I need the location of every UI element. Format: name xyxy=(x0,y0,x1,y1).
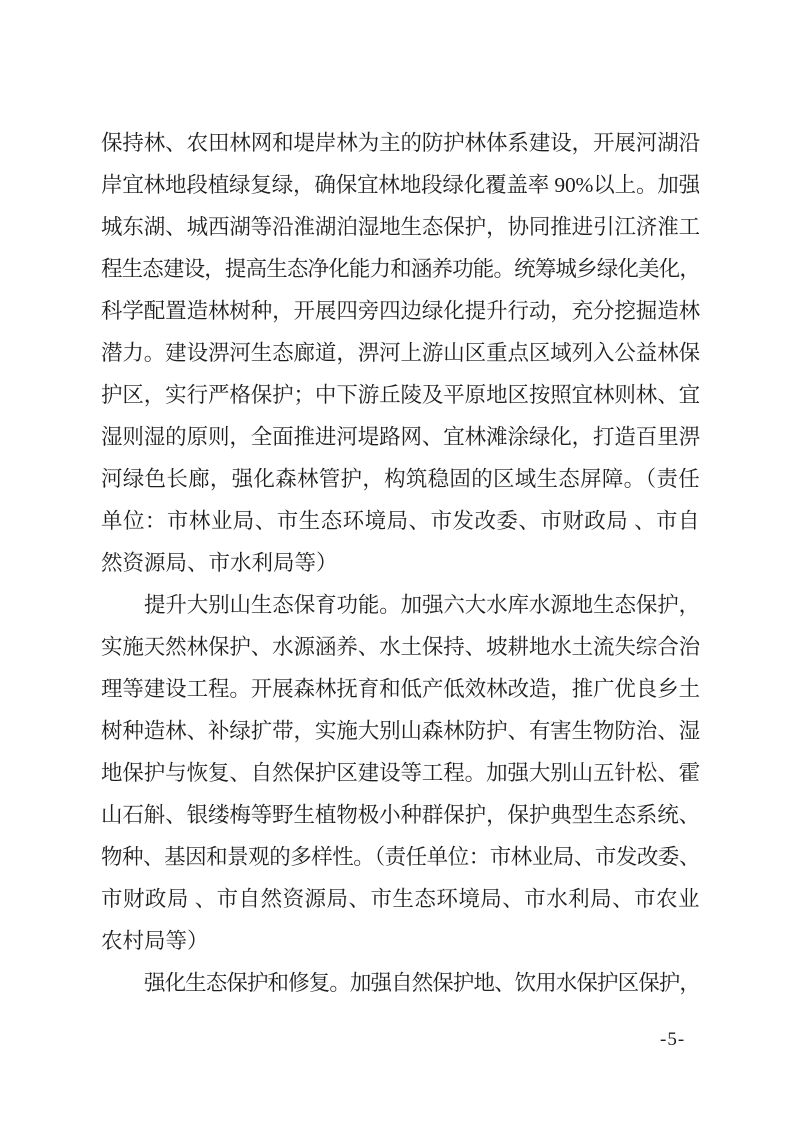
text-line-content: 提升大别山生态保育功能。加强六大水库水源地生态保护， xyxy=(144,593,700,617)
text-line-content: 岸宜林地段植绿复绿，确保宜林地段绿化覆盖率 90%以上。加强 xyxy=(101,173,700,197)
text-line-content: 河绿色长廊，强化森林管护，构筑稳固的区域生态屏障。（责任 xyxy=(101,467,700,491)
text-line-content: 实施天然林保护、水源涵养、水土保持、坡耕地水土流失综合治 xyxy=(101,635,700,659)
text-line: 理等建设工程。开展森林抚育和低产低效林改造，推广优良乡土 xyxy=(101,668,700,710)
text-line-content: 城东湖、城西湖等沿淮湖泊湿地生态保护，协同推进引江济淮工 xyxy=(101,215,700,239)
text-line: 实施天然林保护、水源涵养、水土保持、坡耕地水土流失综合治 xyxy=(101,626,700,668)
text-line: 地保护与恢复、自然保护区建设等工程。加强大别山五针松、霍 xyxy=(101,752,700,794)
text-line-content: 理等建设工程。开展森林抚育和低产低效林改造，推广优良乡土 xyxy=(101,677,700,701)
text-line-content: 程生态建设，提高生态净化能力和涵养功能。统筹城乡绿化美化， xyxy=(101,257,700,281)
text-line: 单位：市林业局、市生态环境局、市发改委、市财政局 、市自 xyxy=(101,500,700,542)
text-line-content: 强化生态保护和修复。加强自然保护地、饮用水保护区保护， xyxy=(144,971,700,995)
text-line: 程生态建设，提高生态净化能力和涵养功能。统筹城乡绿化美化， xyxy=(101,248,700,290)
text-line-content: 单位：市林业局、市生态环境局、市发改委、市财政局 、市自 xyxy=(101,509,700,533)
text-line-content: 然资源局、市水利局等） xyxy=(101,551,338,575)
text-line: 河绿色长廊，强化森林管护，构筑稳固的区域生态屏障。（责任 xyxy=(101,458,700,500)
text-line: 科学配置造林树种，开展四旁四边绿化提升行动，充分挖掘造林 xyxy=(101,290,700,332)
text-line-paragraph-start: 提升大别山生态保育功能。加强六大水库水源地生态保护， xyxy=(101,584,700,626)
text-line-content: 科学配置造林树种，开展四旁四边绿化提升行动，充分挖掘造林 xyxy=(101,299,700,323)
text-line: 市财政局 、市自然资源局、市生态环境局、市水利局、市农业 xyxy=(101,878,700,920)
text-line-content: 物种、基因和景观的多样性。（责任单位：市林业局、市发改委、 xyxy=(101,845,700,869)
text-line-content: 保持林、农田林网和堤岸林为主的防护林体系建设，开展河湖沿 xyxy=(101,131,700,155)
text-line-paragraph-end: 农村局等） xyxy=(101,920,700,962)
text-line: 湿则湿的原则，全面推进河堤路网、宜林滩涂绿化，打造百里淠 xyxy=(101,416,700,458)
text-line: 保持林、农田林网和堤岸林为主的防护林体系建设，开展河湖沿 xyxy=(101,122,700,164)
text-line-content: 地保护与恢复、自然保护区建设等工程。加强大别山五针松、霍 xyxy=(101,761,700,785)
text-line: 树种造林、补绿扩带，实施大别山森林防护、有害生物防治、湿 xyxy=(101,710,700,752)
text-line: 护区，实行严格保护；中下游丘陵及平原地区按照宜林则林、宜 xyxy=(101,374,700,416)
text-line: 山石斛、银缕梅等野生植物极小种群保护，保护典型生态系统、 xyxy=(101,794,700,836)
body-text: 保持林、农田林网和堤岸林为主的防护林体系建设，开展河湖沿 岸宜林地段植绿复绿，确… xyxy=(101,122,700,1004)
text-line-content: 农村局等） xyxy=(101,929,209,953)
text-line-content: 山石斛、银缕梅等野生植物极小种群保护，保护典型生态系统、 xyxy=(101,803,700,827)
page-number: -5- xyxy=(660,1026,700,1054)
document-page: 保持林、农田林网和堤岸林为主的防护林体系建设，开展河湖沿 岸宜林地段植绿复绿，确… xyxy=(0,0,793,1122)
text-line-content: 湿则湿的原则，全面推进河堤路网、宜林滩涂绿化，打造百里淠 xyxy=(101,425,700,449)
text-line: 物种、基因和景观的多样性。（责任单位：市林业局、市发改委、 xyxy=(101,836,700,878)
text-line: 岸宜林地段植绿复绿，确保宜林地段绿化覆盖率 90%以上。加强 xyxy=(101,164,700,206)
text-line-content: 市财政局 、市自然资源局、市生态环境局、市水利局、市农业 xyxy=(101,887,700,911)
text-line-content: 护区，实行严格保护；中下游丘陵及平原地区按照宜林则林、宜 xyxy=(101,383,700,407)
text-line-content: 树种造林、补绿扩带，实施大别山森林防护、有害生物防治、湿 xyxy=(101,719,700,743)
text-line-paragraph-end: 然资源局、市水利局等） xyxy=(101,542,700,584)
text-line: 城东湖、城西湖等沿淮湖泊湿地生态保护，协同推进引江济淮工 xyxy=(101,206,700,248)
text-line-paragraph-start: 强化生态保护和修复。加强自然保护地、饮用水保护区保护， xyxy=(101,962,700,1004)
text-line: 潜力。建设淠河生态廊道，淠河上游山区重点区域列入公益林保 xyxy=(101,332,700,374)
text-line-content: 潜力。建设淠河生态廊道，淠河上游山区重点区域列入公益林保 xyxy=(101,341,700,365)
